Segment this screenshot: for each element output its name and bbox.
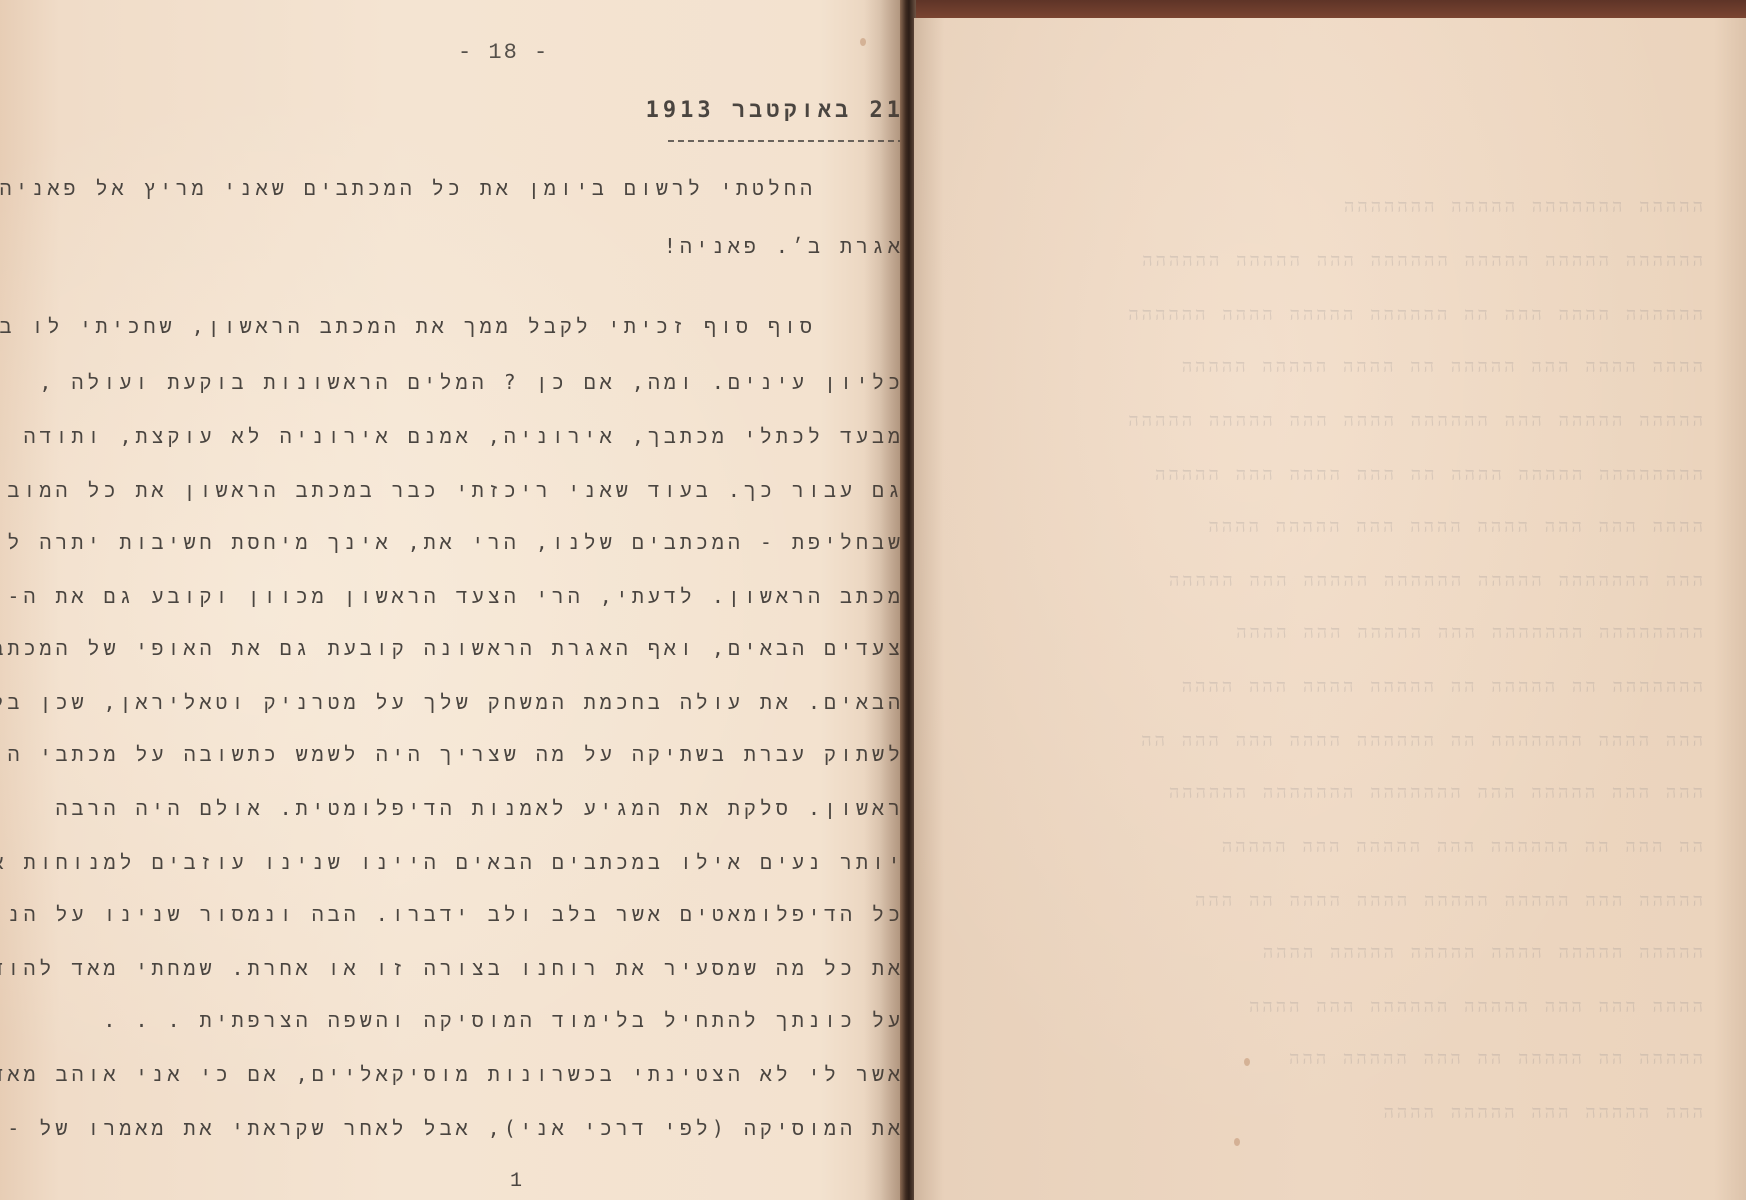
- text-line: הבאים. את עולה בחכמת המשחק שלך על מטרניק…: [0, 690, 904, 716]
- bleed-through-line: ההההה ההההההה ההההה ההההההה: [1344, 196, 1706, 217]
- page-number-bottom: 1: [510, 1170, 522, 1193]
- text-line: גם עבור כך. בעוד שאני ריכזתי כבר במכתב ה…: [0, 478, 904, 504]
- text-line: החלטתי לרשום ביומן את כל המכתבים שאני מר…: [0, 176, 816, 202]
- bleed-through-line: ההההה ההההה ההה הההההה הההה ההה ההההה הה…: [1128, 410, 1706, 431]
- bleed-through-line: הההההה ההההה ההההה הההההה ההה ההההה הההה…: [1142, 250, 1706, 271]
- left-page: - 18 - 21 באוקטבר 1913 החלטתי לרשום ביומ…: [0, 0, 904, 1200]
- bleed-through-line: ההה ההההההה ההההה הההההה ההההה ההה ההההה: [1169, 570, 1706, 591]
- bleed-through-line: הההההה הההה ההה הה הההההה ההההה הההה ההה…: [1128, 304, 1706, 325]
- bleed-through-line: הההה ההה ההה ההההה הההההה ההה הההה: [1249, 996, 1706, 1017]
- bleed-through-line: ההההה ההההה הההה ההההה ההההה הההה: [1263, 942, 1706, 963]
- paper-speck: [1234, 1138, 1240, 1146]
- text-line: מבעד לכתלי מכתבך, אירוניה, אמנם אירוניה …: [23, 424, 904, 450]
- right-page: ההההה ההההההה ההההה ההההההה הההההה ההההה…: [914, 18, 1746, 1200]
- text-line: את המוסיקה (לפי דרכי אני), אבל לאחר שקרא…: [7, 1116, 904, 1142]
- text-line: על כונתך להתחיל בלימוד המוסיקה והשפה הצר…: [103, 1008, 904, 1034]
- text-line: אשר לי לא הצטינתי בכשרונות מוסיקאליים, א…: [0, 1062, 904, 1088]
- bleed-through-line: הההה ההה ההה הההה הההה ההה ההההה הההה: [1209, 516, 1706, 537]
- bleed-through-line: ההה ההההה ההה ההההה הההה: [1384, 1102, 1706, 1123]
- text-line: כל הדיפלומאטים אשר בלב ולב ידברו. הבה ונ…: [0, 902, 904, 928]
- text-line: צעדים הבאים, ואף האגרת הראשונה קובעת גם …: [0, 636, 904, 662]
- bleed-through-line: ההה הההה ההההההה הה הההההה הההה ההה ההה …: [1141, 730, 1706, 751]
- bleed-through-line: הההההההה ההההההה ההה ההההה ההה הההה: [1236, 622, 1706, 643]
- paper-speck: [860, 38, 866, 46]
- paper-speck: [1244, 1058, 1250, 1066]
- text-line: אגרת ב׳. פאניה!: [664, 234, 904, 260]
- open-book-photo: - 18 - 21 באוקטבר 1913 החלטתי לרשום ביומ…: [0, 0, 1746, 1200]
- text-line: יותר נעים אילו במכתבים הבאים היינו שנינו…: [0, 850, 904, 876]
- page-number-top: - 18 -: [458, 40, 549, 65]
- text-line: כליון עינים. ומה, אם כן ? המלים הראשונות…: [39, 370, 904, 396]
- bleed-through-line: ההההההה הה ההההה הה ההההה הההה ההה הההה: [1182, 676, 1706, 697]
- date-underline: [668, 140, 904, 142]
- bleed-through-line: הה ההה הה הההההה ההה ההההה ההה ההההה: [1222, 836, 1706, 857]
- bleed-through-line: הההה הההה ההה ההההה הה הההה ההההה ההההה: [1182, 356, 1706, 377]
- text-line: ראשון. סלקת את המגיע לאמנות הדיפלומטית. …: [56, 796, 905, 822]
- text-line: את כל מה שמסעיר את רוחנו בצורה זו או אחר…: [0, 956, 904, 982]
- text-line: לשתוק עברת בשתיקה על מה שצריך היה לשמש כ…: [0, 742, 904, 768]
- bleed-through-line: ההההה הה ההההה הה ההה ההההה ההה: [1289, 1048, 1706, 1069]
- text-line: מכתב הראשון. לדעתי, הרי הצעד הראשון מכוו…: [7, 584, 904, 610]
- bleed-through-line: ההההה ההה ההההה ההההה הההה הההה הה ההה: [1195, 890, 1706, 911]
- text-line: שבחליפת - המכתבים שלנו, הרי את, אינך מיח…: [0, 530, 904, 556]
- date-heading: 21 באוקטבר 1913: [646, 98, 904, 124]
- bleed-through-line: הההההההה ההההה הההה הה ההה הההה ההה הההה…: [1155, 464, 1706, 485]
- bleed-through-line: ההה ההה ההההה ההה ההההההה ההההההה הההההה: [1169, 782, 1706, 803]
- text-line: סוף סוף זכיתי לקבל ממך את המכתב הראשון, …: [0, 314, 816, 340]
